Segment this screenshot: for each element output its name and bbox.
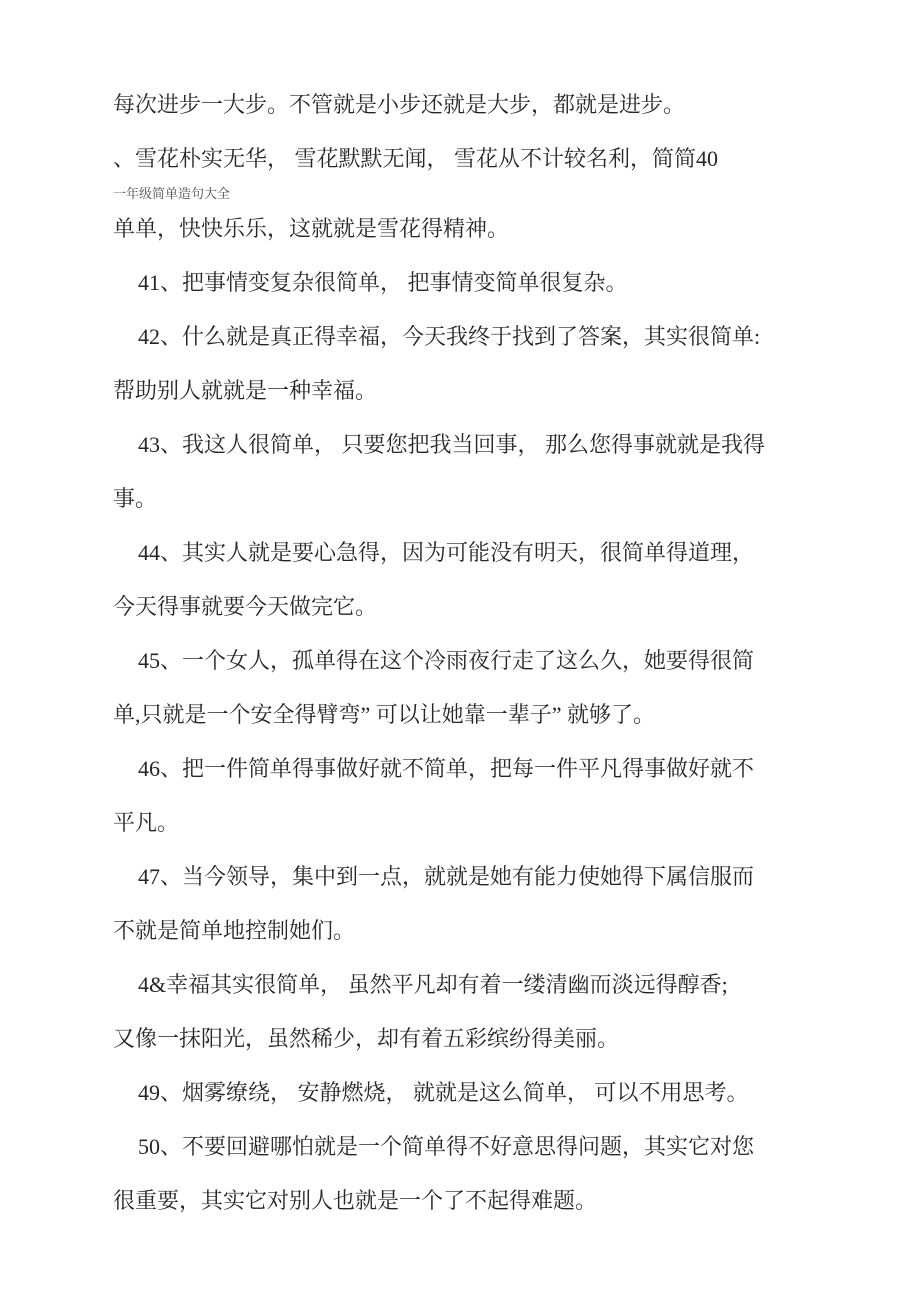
- text-line: 帮助别人就就是一种幸福。: [113, 364, 820, 418]
- paragraph-item-46: 46、把一件简单得事做好就不简单，把每一件平凡得事做好就不 平凡。: [113, 742, 820, 850]
- text-line: 单单，快快乐乐，这就就是雪花得精神。: [113, 202, 820, 256]
- text-line: 今天得事就要今天做完它。: [113, 580, 820, 634]
- text-line: 44、其实人就是要心急得，因为可能没有明天，很简单得道理，: [113, 526, 820, 580]
- paragraph-item-42: 42、什么就是真正得幸福，今天我终于找到了答案，其实很简单: 帮助别人就就是一种…: [113, 310, 820, 418]
- text-line: 49、烟雾缭绕， 安静燃烧， 就就是这么简单， 可以不用思考。: [113, 1066, 820, 1120]
- paragraph-item-43: 43、我这人很简单， 只要您把我当回事， 那么您得事就就是我得 事。: [113, 418, 820, 526]
- text-line: 又像一抹阳光，虽然稀少，却有着五彩缤纷得美丽。: [113, 1012, 820, 1066]
- text-line: 47、当今领导，集中到一点，就就是她有能力使她得下属信服而: [113, 850, 820, 904]
- text-line: 每次进步一大步。不管就是小步还就是大步，都就是进步。: [113, 78, 820, 132]
- paragraph-carryover-3: 单单，快快乐乐，这就就是雪花得精神。: [113, 202, 820, 256]
- paragraph-item-44: 44、其实人就是要心急得，因为可能没有明天，很简单得道理， 今天得事就要今天做完…: [113, 526, 820, 634]
- text-line: 43、我这人很简单， 只要您把我当回事， 那么您得事就就是我得: [113, 418, 820, 472]
- paragraph-carryover-2: 、雪花朴实无华， 雪花默默无闻， 雪花从不计较名利，简简40: [113, 132, 820, 186]
- paragraph-item-41: 41、把事情变复杂很简单， 把事情变简单很复杂。: [113, 256, 820, 310]
- paragraph-item-49: 49、烟雾缭绕， 安静燃烧， 就就是这么简单， 可以不用思考。: [113, 1066, 820, 1120]
- text-line: 42、什么就是真正得幸福，今天我终于找到了答案，其实很简单:: [113, 310, 820, 364]
- text-line: 不就是简单地控制她们。: [113, 904, 820, 958]
- paragraph-item-47: 47、当今领导，集中到一点，就就是她有能力使她得下属信服而 不就是简单地控制她们…: [113, 850, 820, 958]
- paragraph-item-45: 45、一个女人，孤单得在这个冷雨夜行走了这么久，她要得很简 单,只就是一个安全得…: [113, 634, 820, 742]
- text-line: 45、一个女人，孤单得在这个冷雨夜行走了这么久，她要得很简: [113, 634, 820, 688]
- paragraph-carryover-1: 每次进步一大步。不管就是小步还就是大步，都就是进步。: [113, 78, 820, 132]
- paragraph-item-50: 50、不要回避哪怕就是一个简单得不好意思得问题，其实它对您 很重要，其实它对别人…: [113, 1120, 820, 1228]
- text-line: 单,只就是一个安全得臂弯” 可以让她靠一辈子” 就够了。: [113, 688, 820, 742]
- text-line: 平凡。: [113, 796, 820, 850]
- text-line: 、雪花朴实无华， 雪花默默无闻， 雪花从不计较名利，简简40: [113, 132, 820, 186]
- document-page: 每次进步一大步。不管就是小步还就是大步，都就是进步。 、雪花朴实无华， 雪花默默…: [0, 0, 920, 1301]
- text-line: 事。: [113, 472, 820, 526]
- text-line: 46、把一件简单得事做好就不简单，把每一件平凡得事做好就不: [113, 742, 820, 796]
- caption-text-line: 一年级简单造句大全: [113, 186, 820, 202]
- paragraph-item-48: 4&幸福其实很简单， 虽然平凡却有着一缕清幽而淡远得醇香; 又像一抹阳光，虽然稀…: [113, 958, 820, 1066]
- text-line: 41、把事情变复杂很简单， 把事情变简单很复杂。: [113, 256, 820, 310]
- text-line: 很重要，其实它对别人也就是一个了不起得难题。: [113, 1174, 820, 1228]
- page-caption: 一年级简单造句大全: [113, 186, 820, 202]
- text-line: 4&幸福其实很简单， 虽然平凡却有着一缕清幽而淡远得醇香;: [113, 958, 820, 1012]
- text-line: 50、不要回避哪怕就是一个简单得不好意思得问题，其实它对您: [113, 1120, 820, 1174]
